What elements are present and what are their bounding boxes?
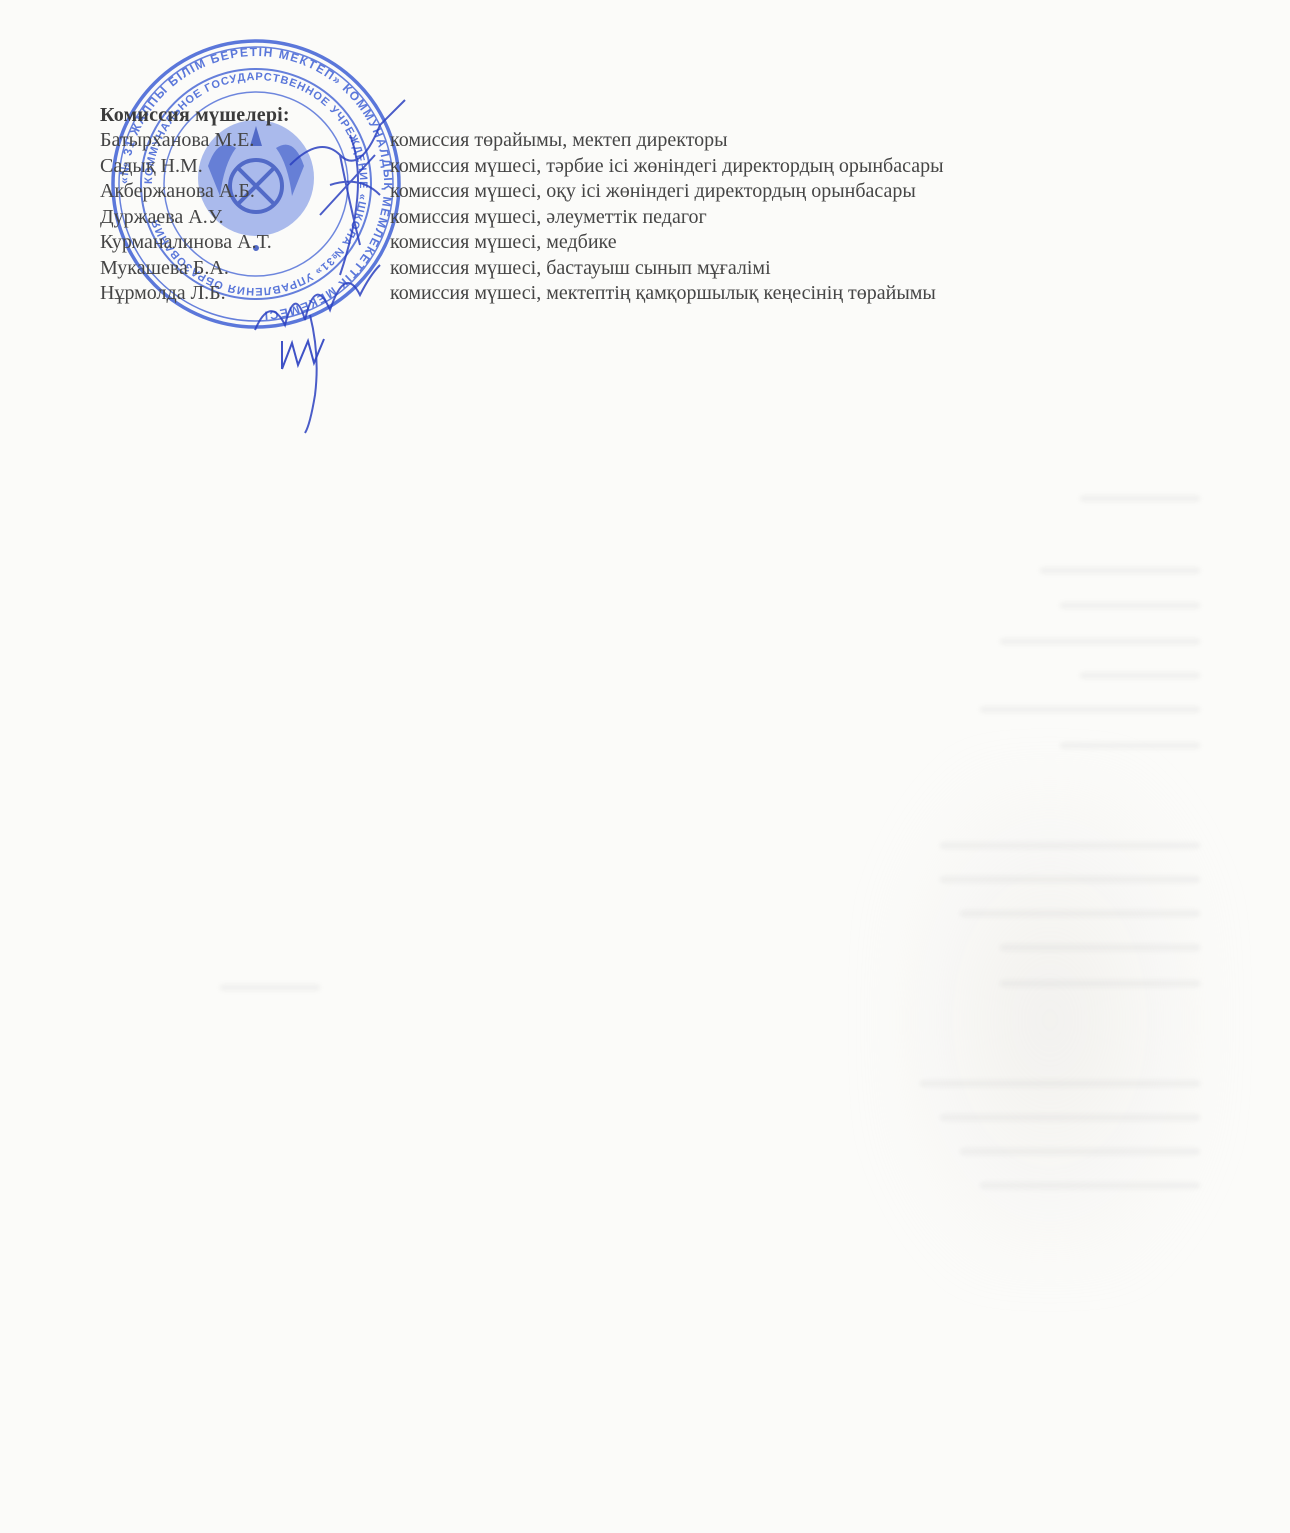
member-name: Нұрмолда Л.Б. bbox=[100, 281, 226, 307]
signature-nurmolda bbox=[278, 335, 328, 375]
bleed-through-line bbox=[980, 1182, 1200, 1189]
member-name: Акбержанова А.Б. bbox=[100, 179, 255, 205]
commission-members-section: Комиссия мүшелері: Батырханова М.Е. коми… bbox=[100, 103, 1200, 307]
bleed-through-line bbox=[1060, 742, 1200, 749]
member-role: комиссия мүшесі, әлеуметтік педагог bbox=[390, 205, 707, 231]
section-heading: Комиссия мүшелері: bbox=[100, 103, 1200, 128]
bleed-through-line bbox=[1000, 980, 1200, 987]
member-role: комиссия мүшесі, оқу ісі жөніндегі дирек… bbox=[390, 179, 916, 205]
bleed-through-line bbox=[1080, 495, 1200, 502]
member-row: Мукашева Б.А. комиссия мүшесі, бастауыш … bbox=[100, 256, 1200, 282]
page-shadow bbox=[880, 760, 1220, 1280]
bleed-through-line bbox=[220, 984, 320, 991]
member-role: комиссия мүшесі, мектептің қамқоршылық к… bbox=[390, 281, 936, 307]
member-name: Садық Н.М. bbox=[100, 154, 203, 180]
bleed-through-line bbox=[1000, 638, 1200, 645]
member-role: комиссия мүшесі, тәрбие ісі жөніндегі ди… bbox=[390, 154, 944, 180]
member-row: Курманалинова А.Т. комиссия мүшесі, медб… bbox=[100, 230, 1200, 256]
bleed-through-line bbox=[920, 1080, 1200, 1087]
bleed-through-line bbox=[960, 1148, 1200, 1155]
member-row: Дуржаева А.У. комиссия мүшесі, әлеуметті… bbox=[100, 205, 1200, 231]
member-role: комиссия төрайымы, мектеп директоры bbox=[390, 128, 728, 154]
member-row: Нұрмолда Л.Б. комиссия мүшесі, мектептің… bbox=[100, 281, 1200, 307]
member-name: Курманалинова А.Т. bbox=[100, 230, 272, 256]
bleed-through-line bbox=[940, 842, 1200, 849]
member-name: Батырханова М.Е. bbox=[100, 128, 254, 154]
member-row: Акбержанова А.Б. комиссия мүшесі, оқу іс… bbox=[100, 179, 1200, 205]
bleed-through-line bbox=[1060, 602, 1200, 609]
bleed-through-line bbox=[1000, 944, 1200, 951]
member-role: комиссия мүшесі, медбике bbox=[390, 230, 617, 256]
bleed-through-line bbox=[1080, 672, 1200, 679]
bleed-through-line bbox=[940, 1114, 1200, 1121]
bleed-through-line bbox=[1040, 567, 1200, 574]
member-role: комиссия мүшесі, бастауыш сынып мұғалімі bbox=[390, 256, 771, 282]
member-row: Садық Н.М. комиссия мүшесі, тәрбие ісі ж… bbox=[100, 154, 1200, 180]
member-name: Дуржаева А.У. bbox=[100, 205, 224, 231]
member-name: Мукашева Б.А. bbox=[100, 256, 229, 282]
member-row: Батырханова М.Е. комиссия төрайымы, мект… bbox=[100, 128, 1200, 154]
bleed-through-line bbox=[980, 706, 1200, 713]
bleed-through-line bbox=[940, 876, 1200, 883]
bleed-through-line bbox=[960, 910, 1200, 917]
